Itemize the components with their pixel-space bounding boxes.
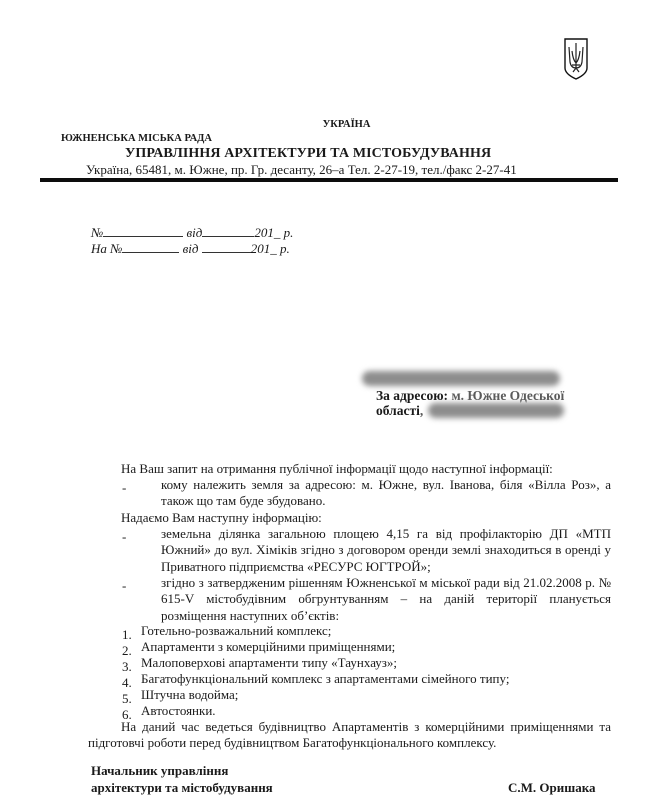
request-intro: На Ваш запит на отримання публічної інфо… <box>121 461 611 477</box>
recipient-comma: , <box>420 403 423 418</box>
signatory-title-line2: архітектури та містобудування <box>91 780 273 796</box>
trident-coat-of-arms-icon <box>564 38 588 80</box>
letterhead-country: УКРАЇНА <box>0 119 647 130</box>
recipient-region: області <box>376 403 420 418</box>
list-item-number: 1. <box>122 627 132 643</box>
answer-bullet-land: земельна ділянка загальною площею 4,15 г… <box>161 526 611 575</box>
signatory-title-line1: Начальник управління <box>91 763 228 779</box>
bullet-marker: - <box>122 480 126 496</box>
ref-year: 201_ р. <box>254 225 293 240</box>
bullet-marker: - <box>122 529 126 545</box>
ref-prefix: № <box>91 225 103 240</box>
signatory-name: С.М. Оришака <box>508 780 596 796</box>
request-bullet-text: кому належить земля за адресою: м. Южне,… <box>161 477 611 510</box>
answer-bullet-plan: згідно з затвердженим рішенням Южненсько… <box>161 575 611 624</box>
ref-number-blank <box>103 225 183 237</box>
letterhead-rule <box>40 178 618 182</box>
recipient-label: За адресою: <box>376 388 448 403</box>
ref-from: від <box>187 225 203 240</box>
bullet-marker: - <box>122 578 126 594</box>
list-item: Малоповерхові апартаменти типу «Таунхауз… <box>141 655 397 671</box>
letterhead-address: Україна, 65481, м. Южне, пр. Гр. десанту… <box>86 162 517 178</box>
closing-paragraph-line1: На даний час ведеться будівництво Апарта… <box>121 719 611 735</box>
redacted-recipient-name <box>362 371 560 386</box>
ref-number-blank <box>122 241 179 253</box>
list-item-number: 5. <box>122 691 132 707</box>
list-item-number: 2. <box>122 643 132 659</box>
list-item: Апартаменти з комерційними приміщеннями; <box>141 639 395 655</box>
recipient-address-line: За адресою: м. Южне Одеської <box>376 388 564 404</box>
letterhead-council: ЮЖНЕНСЬКА МІСЬКА РАДА <box>61 133 212 144</box>
list-item: Багатофункціональний комплекс з апартаме… <box>141 671 509 687</box>
list-item: Автостоянки. <box>141 703 216 719</box>
letterhead-department: УПРАВЛІННЯ АРХІТЕКТУРИ ТА МІСТОБУДУВАННЯ <box>125 146 491 162</box>
ref-date-blank <box>202 225 254 237</box>
reference-line-outgoing: № від201_ р. <box>91 225 293 241</box>
list-item-number: 3. <box>122 659 132 675</box>
answer-intro: Надаємо Вам наступну інформацію: <box>121 510 611 526</box>
ref-date-blank <box>202 241 251 253</box>
list-item: Штучна водойма; <box>141 687 238 703</box>
ref-year: 201_ р. <box>251 241 290 256</box>
list-item-number: 4. <box>122 675 132 691</box>
recipient-city: м. Южне Одеської <box>451 388 564 403</box>
recipient-region-line: області, <box>376 403 423 419</box>
list-item: Готельно-розважальний комплекс; <box>141 623 331 639</box>
closing-paragraph-line2: підготовчі роботи перед будівництвом Баг… <box>88 735 496 751</box>
redacted-recipient-address <box>428 403 564 418</box>
reference-line-incoming: На № від 201_ р. <box>91 241 290 257</box>
ref-prefix: На № <box>91 241 122 256</box>
ref-from: від <box>183 241 199 256</box>
